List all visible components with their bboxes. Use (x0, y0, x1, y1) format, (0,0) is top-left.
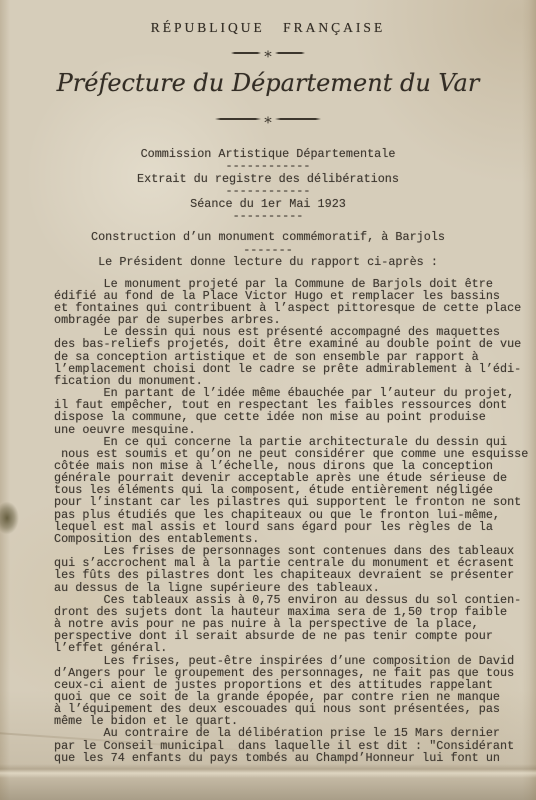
paragraph: Le dessin qui nous est présenté accompag… (54, 326, 536, 387)
ornament-line (275, 118, 321, 119)
ornament-line (231, 52, 261, 53)
divider-ornament-bottom: * (0, 116, 536, 122)
paragraph: Les frises de personnages sont contenues… (54, 545, 536, 594)
paragraph: En ce qui concerne la partie architectur… (54, 436, 536, 545)
document-page: RÉPUBLIQUE FRANÇAISE * Préfecture du Dép… (0, 0, 536, 800)
heading-block: Commission Artistique Départementale ---… (0, 148, 536, 222)
paragraph: Les frises, peut-être inspirées d’une co… (54, 655, 536, 728)
heading-dashes: ------------ (0, 185, 536, 197)
paragraph: Ces tableaux assis à 0,75 environ au des… (54, 594, 536, 655)
report-body: Le monument projeté par la Commune de Ba… (0, 278, 536, 764)
prefecture-script-title: Préfecture du Département du Var (0, 64, 536, 102)
paragraph: En partant de l’idée même ébauchée par l… (54, 387, 536, 436)
announcement-subject: Construction d’un monument commémoratif,… (0, 231, 536, 243)
heading-dashes: ------------ (0, 160, 536, 172)
divider-ornament-top: * (0, 50, 536, 56)
ornament-line (215, 118, 261, 119)
star-icon: * (264, 120, 272, 126)
paragraph: Le monument projeté par la Commune de Ba… (54, 278, 536, 327)
announcement-block: Construction d’un monument commémoratif,… (0, 231, 536, 268)
ornament-line (275, 52, 305, 53)
paragraph: Au contraire de la délibération prise le… (54, 727, 536, 763)
republic-heading: RÉPUBLIQUE FRANÇAISE (0, 21, 536, 35)
announcement-president: Le Président donne lecture du rapport ci… (0, 256, 536, 268)
star-icon: * (264, 54, 272, 60)
heading-dashes: ---------- (0, 210, 536, 222)
